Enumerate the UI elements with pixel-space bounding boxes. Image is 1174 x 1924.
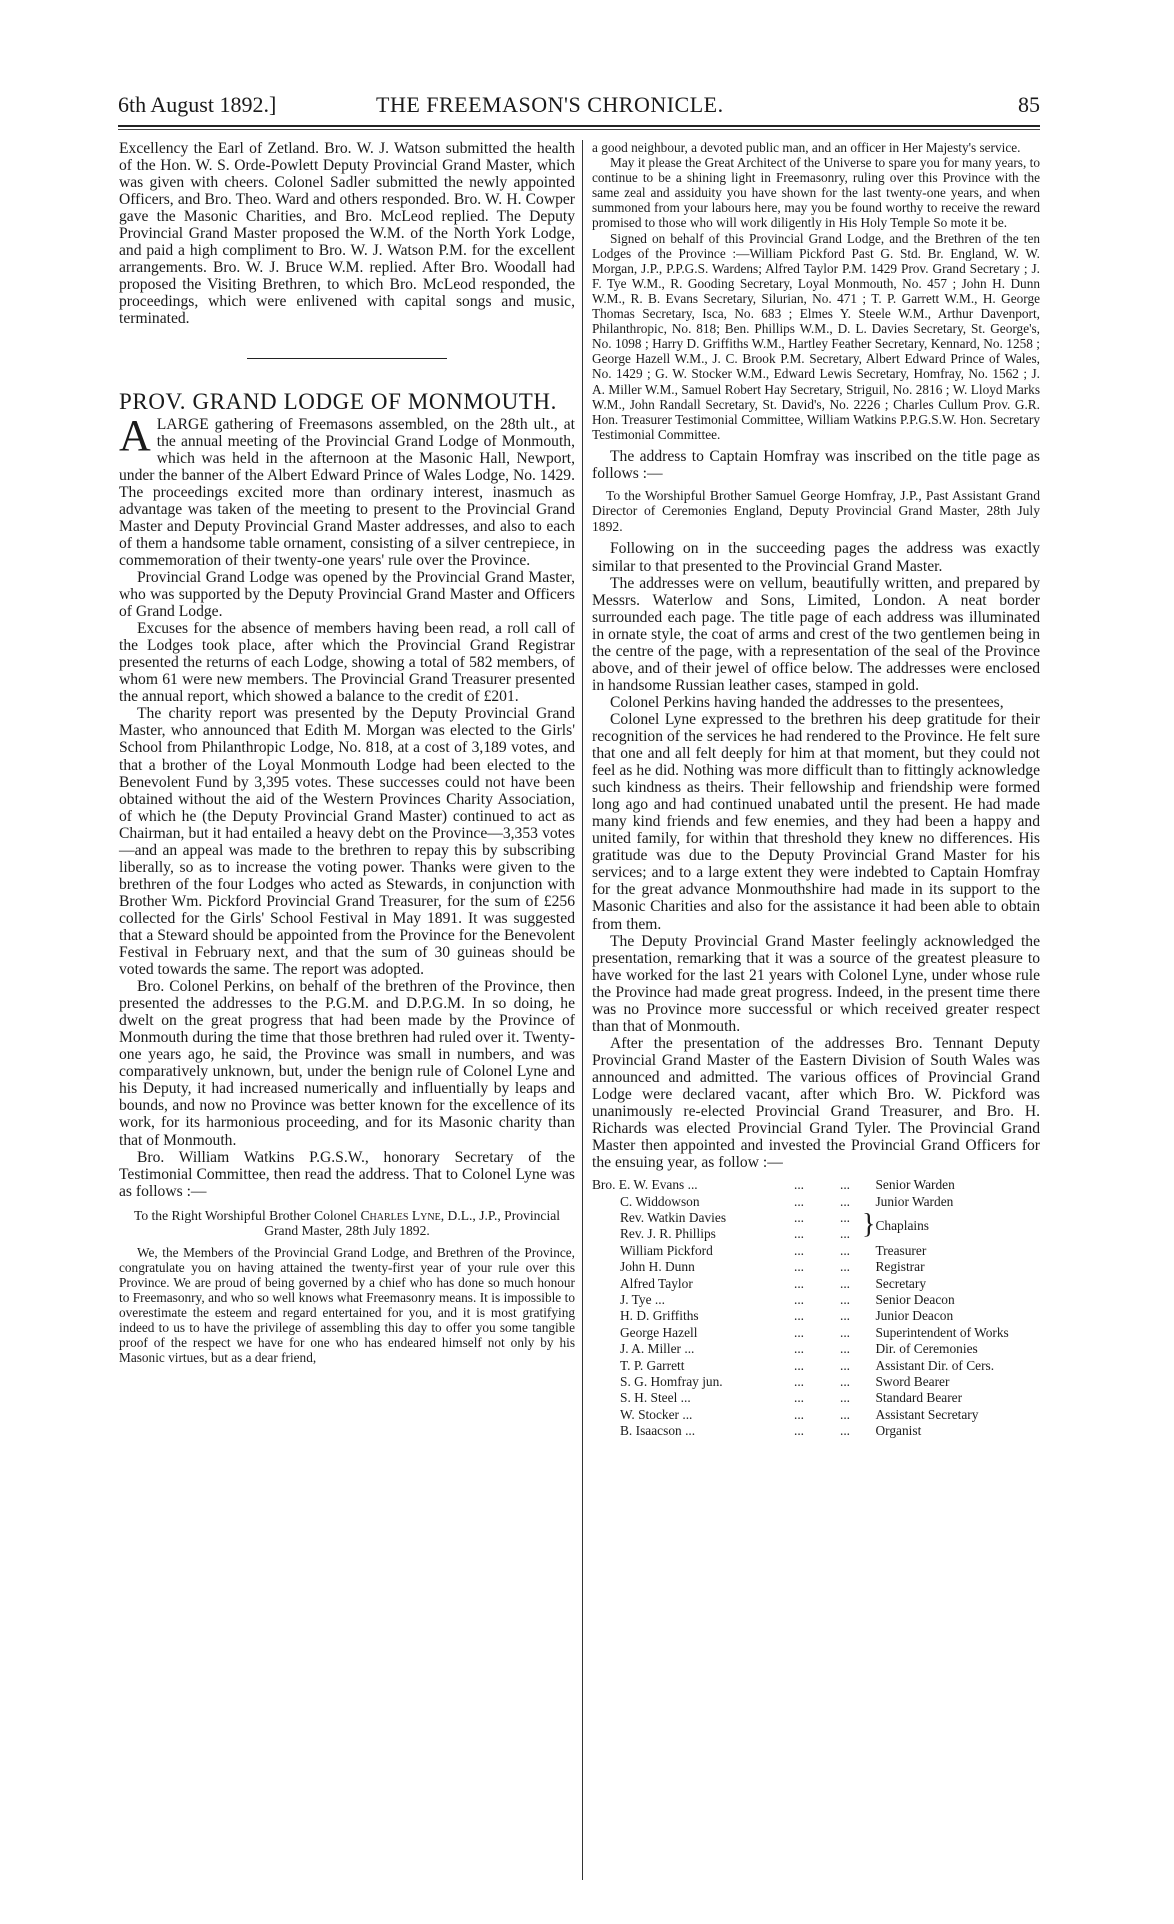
officer-row: John H. Dunn......Registrar	[592, 1259, 1040, 1275]
continued-paragraph: Excellency the Earl of Zetland. Bro. W. …	[119, 140, 575, 328]
right-column: a good neighbour, a devoted public man, …	[592, 140, 1040, 1440]
officer-row: T. P. Garrett......Assistant Dir. of Cer…	[592, 1358, 1040, 1374]
brace-glyph: }	[862, 1210, 875, 1243]
officer-row: William Pickford......Treasurer	[592, 1243, 1040, 1259]
article-paragraph: Following on in the succeeding pages the…	[592, 540, 1040, 574]
officer-row: J. Tye .........Senior Deacon	[592, 1292, 1040, 1308]
article-paragraph: The Deputy Provincial Grand Master feeli…	[592, 933, 1040, 1035]
officer-row: S. G. Homfray jun.......Sword Bearer	[592, 1374, 1040, 1390]
address-continuation: a good neighbour, a devoted public man, …	[592, 140, 1040, 155]
section-divider	[247, 358, 447, 359]
publication-title: THE FREEMASON'S CHRONICLE.	[376, 92, 724, 118]
officer-row: Alfred Taylor......Secretary	[592, 1276, 1040, 1292]
article-paragraph: Provincial Grand Lodge was opened by the…	[119, 569, 575, 620]
header-rule-thin	[118, 129, 1040, 130]
officer-row: W. Stocker .........Assistant Secretary	[592, 1407, 1040, 1423]
page-number: 85	[1018, 92, 1040, 118]
officer-row: Bro. E. W. Evans .........Senior Warden	[592, 1177, 1040, 1193]
article-paragraph: Bro. William Watkins P.G.S.W., honorary …	[119, 1149, 575, 1200]
article-title: PROV. GRAND LODGE OF MONMOUTH.	[119, 393, 575, 410]
drop-cap: A	[119, 418, 151, 454]
article-lead-paragraph: ALARGE gathering of Freemasons assembled…	[119, 416, 575, 569]
header-rule	[118, 125, 1040, 127]
article-paragraph: Colonel Perkins having handed the addres…	[592, 694, 1040, 711]
officer-row: George Hazell......Superintendent of Wor…	[592, 1325, 1040, 1341]
officer-row: H. D. Griffiths......Junior Deacon	[592, 1308, 1040, 1324]
article-paragraph: Colonel Lyne expressed to the brethren h…	[592, 711, 1040, 933]
officer-row: S. H. Steel .........Standard Bearer	[592, 1390, 1040, 1406]
article-paragraph: After the presentation of the addresses …	[592, 1035, 1040, 1171]
issue-date: 6th August 1892.]	[118, 92, 276, 118]
article-paragraph: The address to Captain Homfray was inscr…	[592, 448, 1040, 482]
officer-row: J. A. Miller .........Dir. of Ceremonies	[592, 1341, 1040, 1357]
officers-list: Bro. E. W. Evans .........Senior Warden …	[592, 1177, 1040, 1440]
address-text: We, the Members of the Provincial Grand …	[119, 1245, 575, 1366]
article-paragraph: Excuses for the absence of members havin…	[119, 620, 575, 705]
officer-row: B. Isaacson .........Organist	[592, 1423, 1040, 1439]
address-signatories: Signed on behalf of this Provincial Gran…	[592, 231, 1040, 442]
column-divider	[582, 140, 583, 1880]
article-paragraph: The addresses were on vellum, beautifull…	[592, 575, 1040, 694]
address-continuation: May it please the Great Architect of the…	[592, 155, 1040, 230]
article-paragraph: The charity report was presented by the …	[119, 705, 575, 978]
left-column: Excellency the Earl of Zetland. Bro. W. …	[119, 140, 575, 1365]
address-heading-homfray: To the Worshipful Brother Samuel George …	[592, 488, 1040, 535]
officer-row: Rev. Watkin Davies......}Chaplains	[592, 1210, 1040, 1226]
officer-row: C. Widdowson......Junior Warden	[592, 1194, 1040, 1210]
address-heading-lyne: To the Right Worshipful Brother Colonel …	[119, 1208, 575, 1239]
page-header: 6th August 1892.] THE FREEMASON'S CHRONI…	[118, 92, 1040, 122]
article-paragraph: Bro. Colonel Perkins, on behalf of the b…	[119, 978, 575, 1148]
